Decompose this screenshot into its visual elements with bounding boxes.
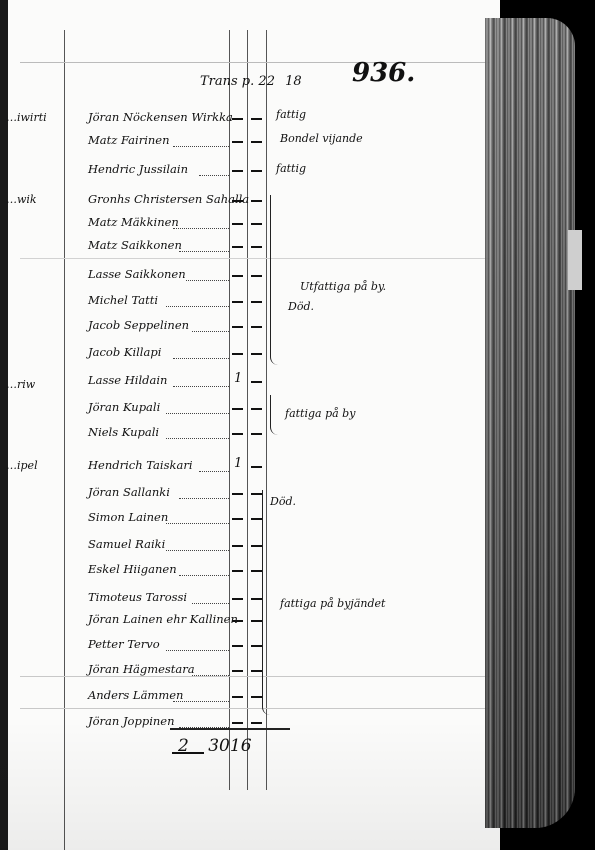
- entry-col1-dash: [232, 645, 243, 647]
- entry-col2-dash: [251, 275, 262, 277]
- leader-dots: [179, 574, 229, 576]
- entry-col2-dash: [251, 408, 262, 410]
- entry-name: Petter Tervo: [88, 637, 160, 651]
- entry-name: Matz Saikkonen: [88, 238, 182, 252]
- table-row: Anders Lämmen: [88, 688, 268, 708]
- entry-name: Michel Tatti: [88, 293, 158, 307]
- entry-col1-dash: [232, 301, 243, 303]
- group-note: fattiga på byjändet: [280, 597, 385, 610]
- leader-dots: [173, 385, 230, 387]
- entry-col1-dash: [232, 493, 243, 495]
- entry-name: Gronhs Christersen Sahalla: [88, 192, 249, 206]
- table-row: Jöran Sallanki: [88, 485, 268, 505]
- page-tab: [568, 230, 582, 290]
- entry-col1-dash: [232, 408, 243, 410]
- entry-col1-dash: [232, 275, 243, 277]
- table-row: Gronhs Christersen Sahalla: [88, 192, 268, 212]
- entry-name: Eskel Hiiganen: [88, 562, 177, 576]
- group-note: Utfattiga på by.: [300, 280, 386, 293]
- leader-dots: [186, 279, 230, 281]
- entry-name: Jöran Nöckensen Wirkka: [88, 110, 233, 124]
- entry-col1-dash: [232, 545, 243, 547]
- entry-col2-dash: [251, 493, 262, 495]
- page-shadow: [0, 720, 500, 850]
- entry-col1-dash: [232, 200, 243, 202]
- entry-col1-dash: [232, 326, 243, 328]
- page-edges: [485, 18, 575, 828]
- leader-dots: [179, 497, 229, 499]
- table-row: Simon Lainen: [88, 510, 268, 530]
- entry-name: Jöran Hägmestara: [88, 662, 195, 676]
- entry-name: Jöran Kupali: [88, 400, 160, 414]
- table-row: Petter Tervo: [88, 637, 268, 657]
- entry-col2-dash: [251, 301, 262, 303]
- group-brace: [270, 395, 279, 435]
- entry-col2-dash: [251, 518, 262, 520]
- entry-note: Bondel vijande: [280, 132, 363, 145]
- entry-col1: 1: [234, 371, 242, 386]
- entry-note: fattig: [276, 108, 306, 121]
- entry-col2-dash: [251, 170, 262, 172]
- group-brace: [262, 490, 271, 715]
- entry-col2-dash: [251, 200, 262, 202]
- entry-col2-dash: [251, 381, 262, 383]
- table-row: Hendrich Taiskari1: [88, 458, 268, 478]
- entry-name: Niels Kupali: [88, 425, 159, 439]
- village-marginal: …ipel: [6, 459, 38, 472]
- entry-col2-dash: [251, 545, 262, 547]
- transport-col1: 22: [258, 74, 275, 89]
- leader-dots: [173, 145, 230, 147]
- entry-col2-dash: [251, 223, 262, 225]
- entry-col1-dash: [232, 670, 243, 672]
- leader-dots: [173, 227, 230, 229]
- entry-col1-dash: [232, 170, 243, 172]
- entry-name: Lasse Hildain: [88, 373, 167, 387]
- transport-col2: 18: [285, 74, 302, 89]
- entry-name: Jacob Seppelinen: [88, 318, 189, 332]
- entry-col1-dash: [232, 246, 243, 248]
- entry-name: Samuel Raiki: [88, 537, 165, 551]
- entry-note: Död.: [288, 300, 314, 313]
- leader-dots: [192, 602, 229, 604]
- entry-name: Anders Lämmen: [88, 688, 183, 702]
- table-row: Jacob Killapi: [88, 345, 268, 365]
- leader-dots: [166, 649, 229, 651]
- guide-line: [20, 62, 490, 63]
- entry-col2-dash: [251, 670, 262, 672]
- leader-dots: [192, 330, 229, 332]
- entry-col2-dash: [251, 570, 262, 572]
- entry-col2-dash: [251, 620, 262, 622]
- transport-label: Trans p.: [200, 74, 254, 89]
- leader-dots: [199, 470, 230, 472]
- table-row: Hendric Jussilain: [88, 162, 268, 182]
- table-row: Lasse Saikkonen: [88, 267, 268, 287]
- leader-dots: [179, 250, 229, 252]
- entry-col1-dash: [232, 118, 243, 120]
- entry-col2-dash: [251, 466, 262, 468]
- entry-col1-dash: [232, 570, 243, 572]
- entry-col1-dash: [232, 141, 243, 143]
- guide-line: [20, 708, 490, 709]
- entry-name: Simon Lainen: [88, 510, 168, 524]
- entry-col1: 1: [234, 456, 242, 471]
- entry-name: Hendric Jussilain: [88, 162, 188, 176]
- leader-dots: [199, 174, 230, 176]
- entry-col1-dash: [232, 518, 243, 520]
- leader-dots: [166, 437, 229, 439]
- entry-name: Matz Fairinen: [88, 133, 170, 147]
- guide-line: [20, 258, 490, 259]
- table-row: Timoteus Tarossi: [88, 590, 268, 610]
- entry-col2-dash: [251, 433, 262, 435]
- entry-name: Jöran Lainen ehr Kallinen: [88, 612, 238, 626]
- ledger-page: 936. Trans p. 22 18 …iwirti …wik …riw …i…: [0, 0, 500, 850]
- entry-col2-dash: [251, 598, 262, 600]
- entry-col2-dash: [251, 246, 262, 248]
- entry-col1-dash: [232, 598, 243, 600]
- entry-col1-dash: [232, 620, 243, 622]
- entry-col1-dash: [232, 696, 243, 698]
- table-row: Matz Saikkonen: [88, 238, 268, 258]
- entry-col2-dash: [251, 696, 262, 698]
- table-row: Eskel Hiiganen: [88, 562, 268, 582]
- leader-dots: [166, 305, 229, 307]
- table-row: Matz Mäkkinen: [88, 215, 268, 235]
- page-number: 936.: [352, 58, 415, 88]
- table-row: Jöran Lainen ehr Kallinen: [88, 612, 268, 632]
- entry-col2-dash: [251, 141, 262, 143]
- leader-dots: [166, 412, 229, 414]
- leader-dots: [173, 357, 230, 359]
- entry-note: Död.: [270, 495, 296, 508]
- table-row: Samuel Raiki: [88, 537, 268, 557]
- table-row: Jöran Hägmestara: [88, 662, 268, 682]
- entry-name: Jacob Killapi: [88, 345, 161, 359]
- leader-dots: [192, 674, 229, 676]
- village-marginal: …riw: [6, 378, 35, 391]
- entry-name: Matz Mäkkinen: [88, 215, 179, 229]
- table-row: Jöran Nöckensen Wirkka: [88, 110, 268, 130]
- entry-note: fattig: [276, 162, 306, 175]
- group-note: fattiga på by: [285, 407, 355, 420]
- table-row: Jacob Seppelinen: [88, 318, 268, 338]
- entry-name: Hendrich Taiskari: [88, 458, 193, 472]
- entry-col2-dash: [251, 353, 262, 355]
- leader-dots: [166, 522, 229, 524]
- leader-dots: [166, 549, 229, 551]
- table-row: Matz Fairinen: [88, 133, 268, 153]
- table-row: Michel Tatti: [88, 293, 268, 313]
- entry-name: Jöran Sallanki: [88, 485, 170, 499]
- entry-name: Lasse Saikkonen: [88, 267, 186, 281]
- entry-col1-dash: [232, 353, 243, 355]
- entry-name: Timoteus Tarossi: [88, 590, 187, 604]
- table-row: Niels Kupali: [88, 425, 268, 445]
- entry-col2-dash: [251, 118, 262, 120]
- transport-header: Trans p. 22 18: [200, 74, 302, 89]
- entry-col2-dash: [251, 645, 262, 647]
- table-row: Lasse Hildain1: [88, 373, 268, 393]
- entry-col1-dash: [232, 433, 243, 435]
- table-row: Jöran Kupali: [88, 400, 268, 420]
- group-brace: [270, 195, 281, 365]
- village-marginal: …iwirti: [6, 111, 47, 124]
- village-marginal: …wik: [6, 193, 37, 206]
- entry-col1-dash: [232, 223, 243, 225]
- leader-dots: [173, 700, 230, 702]
- entry-col2-dash: [251, 326, 262, 328]
